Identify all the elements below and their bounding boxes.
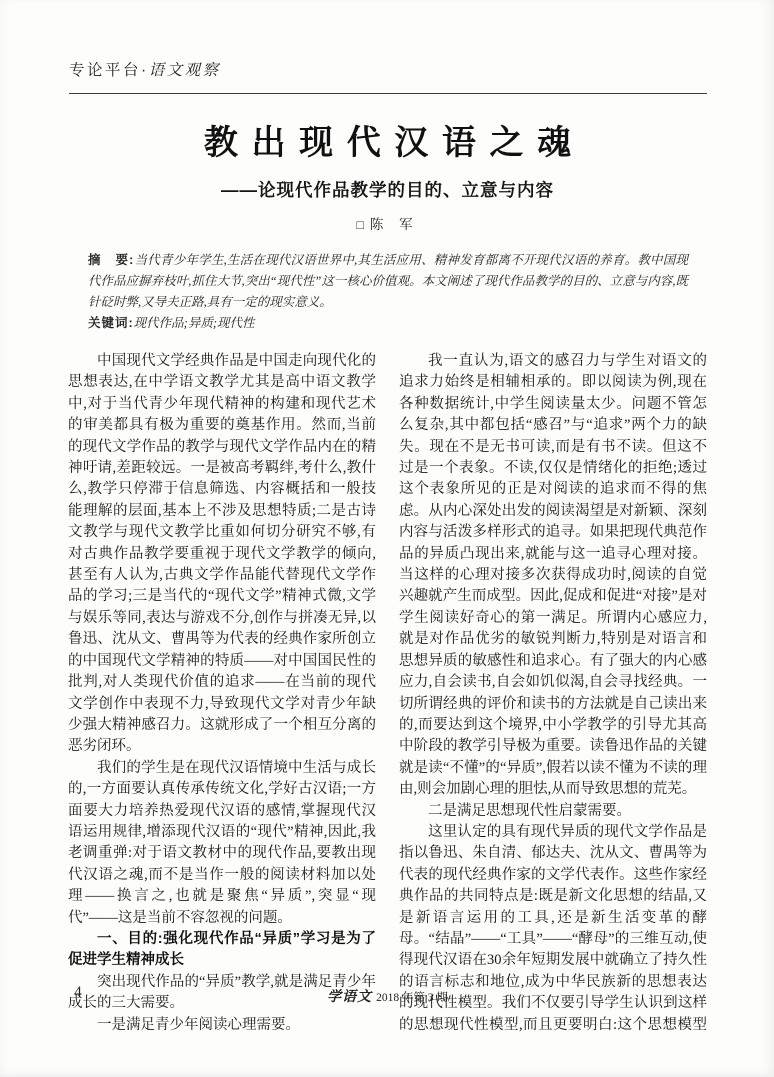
- header-rule: [69, 93, 707, 94]
- page-footer: 4 学语文2018 年第 3 期: [68, 984, 707, 1006]
- body-paragraph: 我们的学生是在现代汉语情境中生活与成长的,一方面要认真传承传统文化,学好古汉语;…: [68, 758, 376, 929]
- abstract-text: 当代青少年学生,生活在现代汉语世界中,其生活应用、精神发育都离不开现代汉语的养育…: [88, 253, 688, 309]
- author-name: 陈 军: [370, 217, 419, 232]
- article-body: 中国现代文学经典作品是中国走向现代化的思想表达,在中学语文教学尤其是高中语文教学…: [68, 351, 707, 1039]
- journal-header: 专论平台·语文观察: [68, 58, 707, 94]
- article-title: 教出现代汉语之魂: [68, 115, 707, 164]
- journal-name: 学语文: [327, 990, 372, 1005]
- abstract-label: 摘 要:: [88, 253, 134, 267]
- article-subtitle: ——论现代作品教学的目的、立意与内容: [68, 177, 707, 202]
- body-paragraph: 一是满足青少年阅读心理需要。: [68, 1015, 376, 1036]
- abstract-paragraph: 摘 要:当代青少年学生,生活在现代汉语世界中,其生活应用、精神发育都离不开现代汉…: [88, 250, 688, 313]
- keywords-label: 关键词:: [88, 316, 134, 330]
- body-paragraph: 我一直认为,语文的感召力与学生对语文的追求力始终是相辅相承的。即以阅读为例,现在…: [399, 351, 707, 801]
- author-marker-icon: □: [356, 218, 364, 232]
- title-block: 教出现代汉语之魂 ——论现代作品教学的目的、立意与内容 □陈 军: [68, 115, 707, 233]
- body-paragraph: 二是满足思想现代性启蒙需要。: [399, 801, 707, 822]
- article-author: □陈 军: [68, 213, 707, 233]
- abstract-block: 摘 要:当代青少年学生,生活在现代汉语世界中,其生活应用、精神发育都离不开现代汉…: [88, 250, 688, 334]
- section-heading: 一、目的:强化现代作品“异质”学习是为了促进学生精神成长: [68, 929, 376, 972]
- column-label-prefix: 专论平台·: [69, 62, 149, 79]
- journal-issue: 2018 年第 3 期: [376, 992, 448, 1004]
- column-label: 专论平台·语文观察: [69, 62, 221, 79]
- journal-line: 学语文2018 年第 3 期: [68, 986, 707, 1006]
- keywords-text: 现代作品;异质;现代性: [134, 316, 255, 330]
- journal-page: 专论平台·语文观察 教出现代汉语之魂 ——论现代作品教学的目的、立意与内容 □陈…: [0, 0, 774, 1077]
- body-paragraph: 中国现代文学经典作品是中国走向现代化的思想表达,在中学语文教学尤其是高中语文教学…: [68, 351, 376, 758]
- keywords-line: 关键词:现代作品;异质;现代性: [88, 313, 688, 334]
- column-label-suffix: 语文观察: [149, 62, 221, 79]
